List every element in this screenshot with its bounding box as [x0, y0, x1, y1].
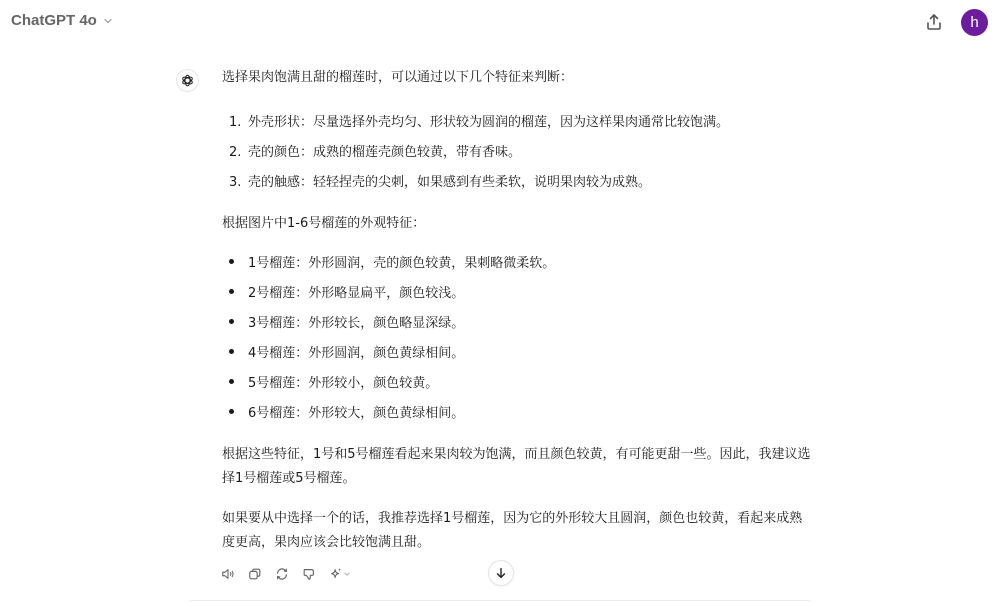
- criteria-item: 1.外壳形状：尽量选择外壳均匀、形状较为圆润的榴莲，因为这样果肉通常比较饱满。: [229, 113, 729, 133]
- bullet: [229, 379, 234, 384]
- durian-item: 3号榴莲：外形较长，颜色略显深绿。: [229, 314, 464, 334]
- user-avatar[interactable]: h: [961, 9, 988, 36]
- model-name: ChatGPT 4o: [11, 12, 97, 29]
- top-bar: ChatGPT 4o h: [0, 0, 1000, 46]
- bullet: [229, 409, 234, 414]
- model-selector[interactable]: ChatGPT 4o: [11, 12, 113, 29]
- speaker-icon: [221, 567, 235, 581]
- durian-item: 2号榴莲：外形略显扁平，颜色较浅。: [229, 284, 464, 304]
- share-icon: [924, 12, 944, 32]
- intro-text: 选择果肉饱满且甜的榴莲时，可以通过以下几个特征来判断：: [222, 68, 573, 88]
- durian-item: 1号榴莲：外形圆润，壳的颜色较黄，果刺略微柔软。: [229, 254, 555, 274]
- share-button[interactable]: [924, 12, 944, 32]
- conclusion-text: 根据这些特征，1号和5号榴莲看起来果肉较为饱满，而且颜色较黄，有可能更甜一些。因…: [222, 443, 812, 491]
- criteria-item: 2.壳的颜色：成熟的榴莲壳颜色较黄，带有香味。: [229, 143, 521, 163]
- chevron-down-icon: [103, 16, 113, 26]
- durian-item: 5号榴莲：外形较小，颜色较黄。: [229, 374, 438, 394]
- sparkle-icon: [329, 567, 343, 581]
- scroll-to-bottom-button[interactable]: [488, 560, 514, 586]
- thumbs-down-icon: [302, 567, 316, 581]
- recommendation-text: 如果要从中选择一个的话，我推荐选择1号榴莲，因为它的外形较大且圆润，颜色也较黄，…: [222, 507, 812, 555]
- copy-button[interactable]: [246, 565, 263, 582]
- bullet: [229, 349, 234, 354]
- chevron-down-icon: [343, 570, 351, 578]
- bullet: [229, 289, 234, 294]
- openai-logo-icon: [180, 73, 195, 88]
- bullet: [229, 319, 234, 324]
- criteria-item: 3.壳的触感：轻轻捏壳的尖刺，如果感到有些柔软，说明果肉较为成熟。: [229, 173, 651, 193]
- durian-item: 6号榴莲：外形较大，颜色黄绿相间。: [229, 404, 464, 424]
- regenerate-icon: [275, 567, 289, 581]
- switch-model-button[interactable]: [327, 565, 353, 582]
- assistant-avatar: [176, 69, 199, 92]
- message-actions: [219, 565, 353, 582]
- copy-icon: [248, 567, 262, 581]
- avatar-letter: h: [970, 14, 978, 31]
- bullet: [229, 259, 234, 264]
- read-aloud-button[interactable]: [219, 565, 236, 582]
- dislike-button[interactable]: [300, 565, 317, 582]
- arrow-down-icon: [494, 566, 508, 580]
- observation-intro: 根据图片中1-6号榴莲的外观特征：: [222, 214, 425, 234]
- regenerate-button[interactable]: [273, 565, 290, 582]
- durian-item: 4号榴莲：外形圆润，颜色黄绿相间。: [229, 344, 464, 364]
